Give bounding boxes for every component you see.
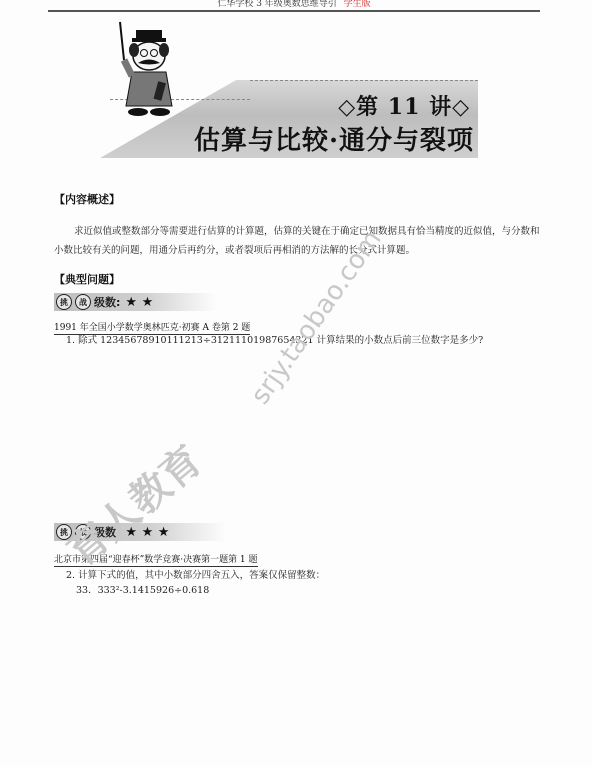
header-title: 仁华学校 3 年级奥数思维导引 <box>217 0 336 9</box>
challenge-badge: 挑 <box>56 524 72 540</box>
lecture-banner: ◇第 11 讲◇ 估算与比较·通分与裂项 <box>100 20 480 160</box>
lecture-number: ◇第 11 讲◇ <box>338 90 470 121</box>
challenge-badge: 战 <box>75 524 91 540</box>
challenge-badge: 战 <box>75 294 91 310</box>
challenge-badge: 挑 <box>56 294 72 310</box>
difficulty-bar: 挑 战 级数: ★ ★ ★ <box>54 523 226 541</box>
problem-expression: 33．333²-3.1415926÷0.618 <box>76 584 209 598</box>
level-label: 级数: <box>94 294 120 310</box>
difficulty-bar: 挑 战 级数: ★ ★ <box>54 293 216 311</box>
star-rating-icon: ★ ★ <box>125 295 153 310</box>
problem-text: 1. 除式 12345678910111213÷3121110198765432… <box>66 334 483 348</box>
page-header: 仁华学校 3 年级奥数思维导引 学生版 <box>48 0 540 12</box>
problem-source: 1991 年全国小学数学奥林匹克·初赛 A 卷第 2 题 <box>54 320 250 335</box>
overview-text: 求近似值或整数部分等需要进行估算的计算题，估算的关键在于确定已知数据具有恰当精度… <box>54 222 544 260</box>
banner-dashed-line <box>250 80 478 81</box>
typical-heading: 【典型问题】 <box>54 271 120 287</box>
problem-text: 2. 计算下式的值，其中小数部分四舍五入，答案仅保留整数： <box>66 569 325 583</box>
star-rating-icon: ★ ★ ★ <box>125 525 169 540</box>
level-label: 级数: <box>94 524 120 540</box>
overview-heading: 【内容概述】 <box>54 191 120 207</box>
teacher-illustration-icon <box>114 20 184 120</box>
header-edition: 学生版 <box>344 0 371 9</box>
lecture-title: 估算与比较·通分与裂项 <box>194 120 474 157</box>
problem-source: 北京市第四届“迎春杯”数学竞赛·决赛第一题第 1 题 <box>54 552 258 567</box>
